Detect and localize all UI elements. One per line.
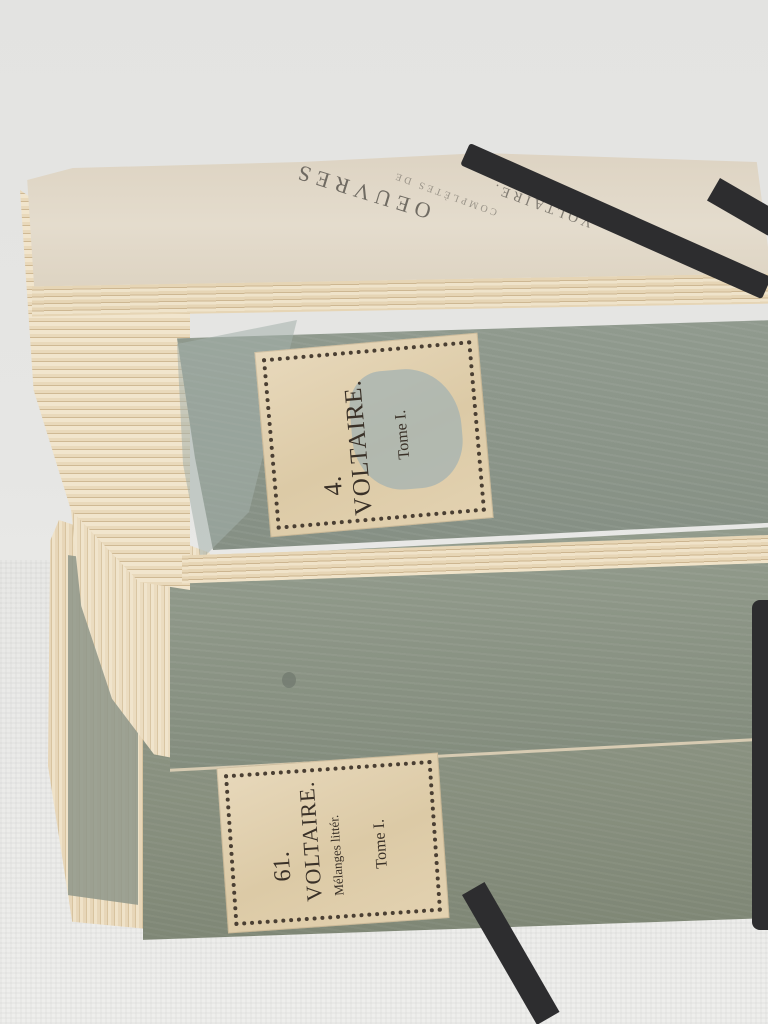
photo-scene: OEUVRES COMPLÈTES DE VOLTAIRE. 4. VOLTAI… xyxy=(0,0,768,1024)
label-volume: Tome I. xyxy=(370,819,391,870)
top-book-spine-label: 4. VOLTAIRE. Tome I. xyxy=(254,333,493,538)
ribbon-right-side xyxy=(752,600,768,930)
label-number: 61. xyxy=(269,851,298,883)
label-number: 4. xyxy=(317,475,349,497)
middle-book-stain xyxy=(282,672,296,688)
bottom-book-spine-label: 61. VOLTAIRE. Mélanges littér. Tome I. xyxy=(216,752,449,933)
